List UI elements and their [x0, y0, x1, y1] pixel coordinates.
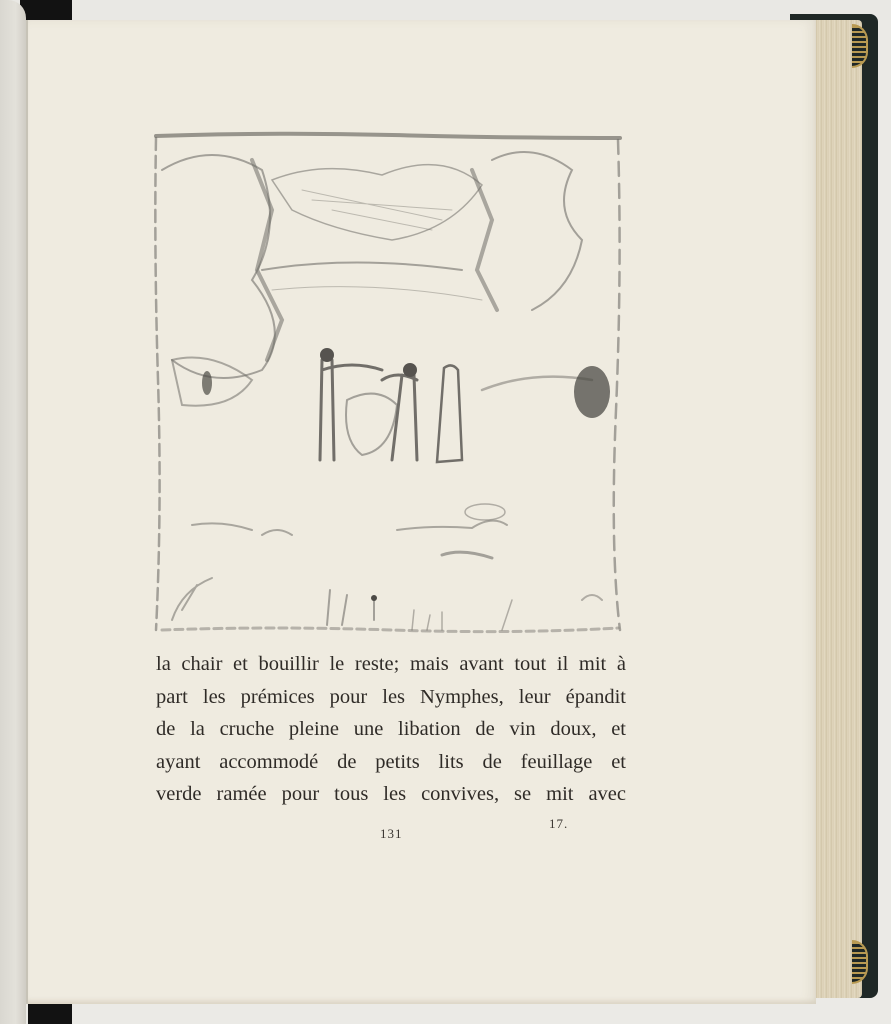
lithograph-illustration [152, 130, 624, 636]
text-line: verde ramée pour tous les convives, se m… [156, 778, 626, 811]
landscape-drawing [152, 130, 624, 636]
body-text: la chair et bouillir le reste; mais avan… [156, 648, 626, 811]
facing-page-edge [0, 0, 26, 1024]
text-line: ayant accommodé de petits lits de feuill… [156, 746, 626, 779]
text-line: la chair et bouillir le reste; mais avan… [156, 648, 626, 681]
background-top [0, 0, 891, 20]
gutter [26, 20, 28, 1004]
backdrop-shadow [20, 0, 72, 22]
text-line: de la cruche pleine une libation de vin … [156, 713, 626, 746]
page-edges [808, 20, 862, 998]
page-number: 131 [380, 826, 403, 842]
backdrop-shadow [28, 1004, 72, 1024]
signature-mark: 17. [549, 816, 568, 832]
text-line: part les prémices pour les Nymphes, leur… [156, 681, 626, 714]
